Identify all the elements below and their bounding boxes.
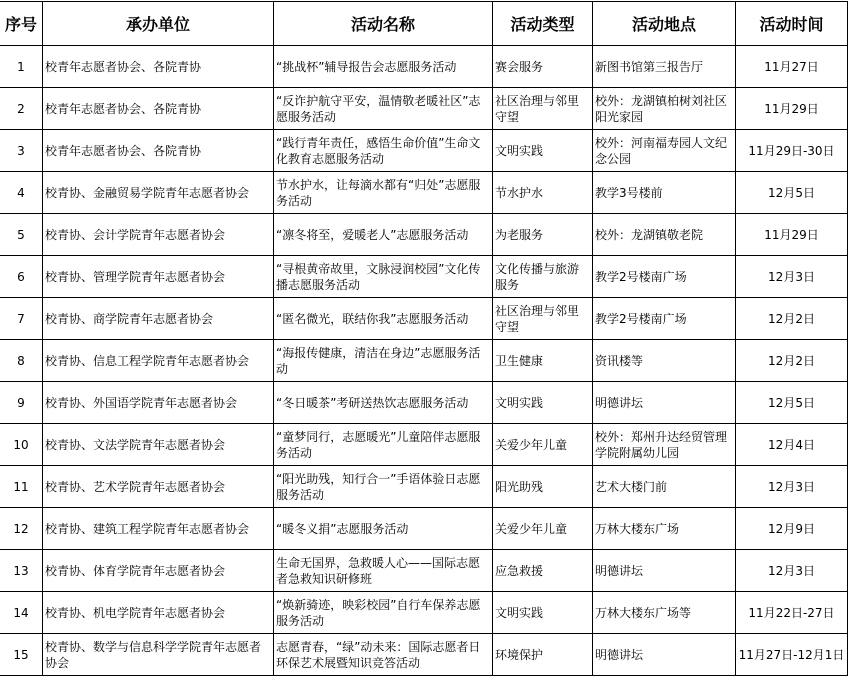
- cell-no: 4: [0, 172, 43, 214]
- cell-org: 校青协、建筑工程学院青年志愿者协会: [43, 508, 274, 550]
- cell-time: 11月22日-27日: [736, 592, 848, 634]
- cell-type: 文明实践: [493, 130, 593, 172]
- cell-type: 赛会服务: [493, 46, 593, 88]
- cell-location: 艺术大楼门前: [593, 466, 736, 508]
- cell-org: 校青协、金融贸易学院青年志愿者协会: [43, 172, 274, 214]
- table-row: 15校青协、数学与信息科学学院青年志愿者协会志愿青春，“绿”动未来：国际志愿者日…: [0, 634, 848, 676]
- cell-time: 11月29日: [736, 88, 848, 130]
- cell-location: 教学2号楼南广场: [593, 256, 736, 298]
- cell-type: 阳光助残: [493, 466, 593, 508]
- header-row: 序号 承办单位 活动名称 活动类型 活动地点 活动时间: [0, 2, 848, 46]
- table-row: 10校青协、文法学院青年志愿者协会“童梦同行，志愿暖光”儿童陪伴志愿服务活动关爱…: [0, 424, 848, 466]
- table-row: 5校青协、会计学院青年志愿者协会“凛冬将至，爱暖老人”志愿服务活动为老服务校外：…: [0, 214, 848, 256]
- cell-type: 节水护水: [493, 172, 593, 214]
- cell-no: 14: [0, 592, 43, 634]
- table-row: 9校青协、外国语学院青年志愿者协会“冬日暖茶”考研送热饮志愿服务活动文明实践明德…: [0, 382, 848, 424]
- cell-type: 文明实践: [493, 382, 593, 424]
- cell-org: 校青协、文法学院青年志愿者协会: [43, 424, 274, 466]
- cell-type: 卫生健康: [493, 340, 593, 382]
- cell-time: 12月3日: [736, 550, 848, 592]
- cell-location: 明德讲坛: [593, 550, 736, 592]
- table-row: 7校青协、商学院青年志愿者协会“匿名微光，联结你我”志愿服务活动社区治理与邻里守…: [0, 298, 848, 340]
- cell-org: 校青协、数学与信息科学学院青年志愿者协会: [43, 634, 274, 676]
- cell-type: 文化传播与旅游服务: [493, 256, 593, 298]
- cell-location: 万林大楼东广场: [593, 508, 736, 550]
- cell-name: “海报传健康，清洁在身边”志愿服务活动: [274, 340, 493, 382]
- cell-no: 12: [0, 508, 43, 550]
- cell-no: 13: [0, 550, 43, 592]
- table-row: 6校青协、管理学院青年志愿者协会“寻根黄帝故里，文脉浸润校园”文化传播志愿服务活…: [0, 256, 848, 298]
- cell-location: 校外：郑州升达经贸管理学院附属幼儿园: [593, 424, 736, 466]
- cell-time: 11月27日-12月1日: [736, 634, 848, 676]
- cell-location: 教学2号楼南广场: [593, 298, 736, 340]
- cell-name: “反诈护航守平安，温情敬老暖社区”志愿服务活动: [274, 88, 493, 130]
- cell-no: 8: [0, 340, 43, 382]
- cell-name: 节水护水，让每滴水都有“归处”志愿服务活动: [274, 172, 493, 214]
- cell-time: 12月2日: [736, 340, 848, 382]
- header-name: 活动名称: [274, 2, 493, 46]
- volunteer-activity-table: 序号 承办单位 活动名称 活动类型 活动地点 活动时间 1校青年志愿者协会、各院…: [0, 1, 848, 676]
- table-row: 2校青年志愿者协会、各院青协“反诈护航守平安，温情敬老暖社区”志愿服务活动社区治…: [0, 88, 848, 130]
- table-row: 11校青协、艺术学院青年志愿者协会“阳光助残，知行合一”手语体验日志愿服务活动阳…: [0, 466, 848, 508]
- cell-name: “冬日暖茶”考研送热饮志愿服务活动: [274, 382, 493, 424]
- cell-org: 校青年志愿者协会、各院青协: [43, 130, 274, 172]
- cell-type: 社区治理与邻里守望: [493, 298, 593, 340]
- cell-time: 12月9日: [736, 508, 848, 550]
- cell-time: 12月5日: [736, 172, 848, 214]
- cell-time: 12月4日: [736, 424, 848, 466]
- header-time: 活动时间: [736, 2, 848, 46]
- cell-location: 教学3号楼前: [593, 172, 736, 214]
- cell-location: 万林大楼东广场等: [593, 592, 736, 634]
- cell-name: 志愿青春，“绿”动未来：国际志愿者日环保艺术展暨知识竞答活动: [274, 634, 493, 676]
- cell-org: 校青协、机电学院青年志愿者协会: [43, 592, 274, 634]
- cell-name: “践行青年责任，感悟生命价值”生命文化教育志愿服务活动: [274, 130, 493, 172]
- cell-org: 校青协、管理学院青年志愿者协会: [43, 256, 274, 298]
- cell-no: 11: [0, 466, 43, 508]
- cell-time: 11月29日: [736, 214, 848, 256]
- table-row: 13校青协、体育学院青年志愿者协会生命无国界，急救暖人心——国际志愿者急救知识研…: [0, 550, 848, 592]
- cell-name: “寻根黄帝故里，文脉浸润校园”文化传播志愿服务活动: [274, 256, 493, 298]
- cell-no: 2: [0, 88, 43, 130]
- cell-no: 7: [0, 298, 43, 340]
- cell-org: 校青协、商学院青年志愿者协会: [43, 298, 274, 340]
- cell-type: 社区治理与邻里守望: [493, 88, 593, 130]
- cell-time: 12月3日: [736, 256, 848, 298]
- cell-no: 5: [0, 214, 43, 256]
- cell-type: 为老服务: [493, 214, 593, 256]
- cell-time: 11月27日: [736, 46, 848, 88]
- cell-org: 校青年志愿者协会、各院青协: [43, 88, 274, 130]
- cell-location: 新图书馆第三报告厅: [593, 46, 736, 88]
- cell-type: 环境保护: [493, 634, 593, 676]
- cell-no: 3: [0, 130, 43, 172]
- cell-time: 12月5日: [736, 382, 848, 424]
- cell-org: 校青协、外国语学院青年志愿者协会: [43, 382, 274, 424]
- table-row: 8校青协、信息工程学院青年志愿者协会“海报传健康，清洁在身边”志愿服务活动卫生健…: [0, 340, 848, 382]
- cell-no: 15: [0, 634, 43, 676]
- table-row: 14校青协、机电学院青年志愿者协会“焕新骑迹，映彩校园”自行车保养志愿服务活动文…: [0, 592, 848, 634]
- cell-location: 校外：龙湖镇敬老院: [593, 214, 736, 256]
- cell-org: 校青协、体育学院青年志愿者协会: [43, 550, 274, 592]
- header-org: 承办单位: [43, 2, 274, 46]
- cell-type: 文明实践: [493, 592, 593, 634]
- header-no: 序号: [0, 2, 43, 46]
- cell-org: 校青协、艺术学院青年志愿者协会: [43, 466, 274, 508]
- header-type: 活动类型: [493, 2, 593, 46]
- cell-name: “阳光助残，知行合一”手语体验日志愿服务活动: [274, 466, 493, 508]
- cell-location: 明德讲坛: [593, 382, 736, 424]
- cell-time: 11月29日-30日: [736, 130, 848, 172]
- cell-type: 应急救援: [493, 550, 593, 592]
- cell-time: 12月2日: [736, 298, 848, 340]
- cell-name: “凛冬将至，爱暖老人”志愿服务活动: [274, 214, 493, 256]
- cell-location: 资讯楼等: [593, 340, 736, 382]
- cell-name: “童梦同行，志愿暖光”儿童陪伴志愿服务活动: [274, 424, 493, 466]
- table-row: 12校青协、建筑工程学院青年志愿者协会“暖冬义捐”志愿服务活动关爱少年儿童万林大…: [0, 508, 848, 550]
- cell-type: 关爱少年儿童: [493, 424, 593, 466]
- cell-name: “匿名微光，联结你我”志愿服务活动: [274, 298, 493, 340]
- cell-name: “暖冬义捐”志愿服务活动: [274, 508, 493, 550]
- cell-name: “挑战杯”辅导报告会志愿服务活动: [274, 46, 493, 88]
- cell-name: “焕新骑迹，映彩校园”自行车保养志愿服务活动: [274, 592, 493, 634]
- cell-org: 校青协、信息工程学院青年志愿者协会: [43, 340, 274, 382]
- cell-no: 6: [0, 256, 43, 298]
- cell-type: 关爱少年儿童: [493, 508, 593, 550]
- table-row: 4校青协、金融贸易学院青年志愿者协会节水护水，让每滴水都有“归处”志愿服务活动节…: [0, 172, 848, 214]
- cell-name: 生命无国界，急救暖人心——国际志愿者急救知识研修班: [274, 550, 493, 592]
- cell-no: 10: [0, 424, 43, 466]
- table-row: 3校青年志愿者协会、各院青协“践行青年责任，感悟生命价值”生命文化教育志愿服务活…: [0, 130, 848, 172]
- cell-org: 校青协、会计学院青年志愿者协会: [43, 214, 274, 256]
- header-location: 活动地点: [593, 2, 736, 46]
- cell-org: 校青年志愿者协会、各院青协: [43, 46, 274, 88]
- table-row: 1校青年志愿者协会、各院青协“挑战杯”辅导报告会志愿服务活动赛会服务新图书馆第三…: [0, 46, 848, 88]
- cell-time: 12月3日: [736, 466, 848, 508]
- cell-location: 校外：龙湖镇柏树刘社区阳光家园: [593, 88, 736, 130]
- cell-location: 校外：河南福寿园人文纪念公园: [593, 130, 736, 172]
- cell-location: 明德讲坛: [593, 634, 736, 676]
- cell-no: 1: [0, 46, 43, 88]
- cell-no: 9: [0, 382, 43, 424]
